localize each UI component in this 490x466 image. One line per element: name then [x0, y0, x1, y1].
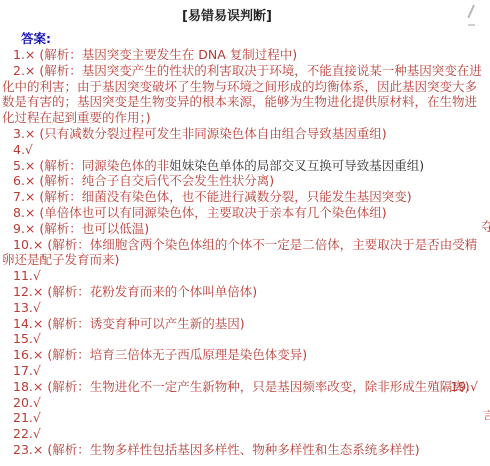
answer-item-21: 22.√ — [2, 426, 482, 442]
answer-item-7: 7.× (解析：细菌没有染色体，也不能进行减数分裂，只能发生基因突变) — [2, 189, 482, 205]
answer-segment: 4.√ — [13, 142, 33, 157]
answer-item-14: 14.× (解析：诱变育种可以产生新的基因) — [2, 316, 482, 332]
answer-item-17: 17.√ — [2, 363, 482, 379]
answer-segment: 5.× (解析：同源染色体的非 — [13, 158, 169, 173]
answer-segment: 8.× (单倍体也可以有同源染色体，主要取决于亲本有几个染色体组) — [13, 205, 387, 220]
document-page: [易错易误判断] 答案: 1.× (解析：基因突变主要发生在 DNA 复制过程中… — [0, 0, 490, 466]
page-edge-fragment-bottom: 言 — [483, 409, 490, 422]
answer-segment: 9.× (解析：也可以低温) — [13, 221, 149, 236]
answer-segment: 2.× (解析：基因突变产生的性状的利害取决于环境，不能直接说某一种基因突变在进… — [2, 63, 482, 125]
answer-segment: 姐妹染色单体的局部交叉互换可导致基因重组) — [169, 158, 424, 173]
answer-segment: 23.× (解析：生物多样性包括基因多样性、物种多样性和生态系统多样性) — [13, 442, 420, 457]
answer-segment: 15.√ — [13, 331, 41, 346]
answer-item-12: 12.× (解析：花粉发育而来的个体叫单倍体) — [2, 284, 482, 300]
answer-item-11: 11.√ — [2, 268, 482, 284]
stray-pencil-dash — [468, 24, 475, 26]
answer-segment: 17.√ — [13, 363, 41, 378]
answer-item-3: 3.× (只有减数分裂过程可发生非同源染色体自由组合导致基因重组) — [2, 126, 482, 142]
answer-segment: 21.√ — [13, 410, 41, 425]
answer-segment: 12.× (解析：花粉发育而来的个体叫单倍体) — [13, 284, 257, 299]
answer-segment: 6.× (解析：纯合子自交后代不会发生性状分离) — [13, 173, 274, 188]
answer-segment: 11.√ — [13, 268, 41, 283]
answer-segment: 16.× (解析：培育三倍体无子西瓜原理是染色体变异) — [13, 347, 307, 362]
answer-segment: 10.× (解析：体细胞含两个染色体组的个体不一定是二倍体，主要取决于是否由受精… — [2, 237, 477, 268]
answer-item-22: 23.× (解析：生物多样性包括基因多样性、物种多样性和生态系统多样性) — [2, 442, 482, 458]
answer-segment: 14.× (解析：诱变育种可以产生新的基因) — [13, 316, 245, 331]
answer-item-9: 9.× (解析：也可以低温) — [2, 221, 482, 237]
answer-segment: 1.× (解析：基因突变主要发生在 DNA 复制过程中) — [13, 47, 297, 62]
answer-segment: 20.√ — [13, 395, 41, 410]
answer-segment: 22.√ — [13, 426, 41, 441]
answer-item-15: 15.√ — [2, 331, 482, 347]
answer-item-18: 18.× (解析：生物进化不一定产生新物种，只是基因频率改变，除非形成生殖隔离)… — [2, 379, 482, 395]
answer-item-16: 16.× (解析：培育三倍体无子西瓜原理是染色体变异) — [2, 347, 482, 363]
answer-item-2: 2.× (解析：基因突变产生的性状的利害取决于环境，不能直接说某一种基因突变在进… — [2, 63, 482, 126]
answers-list: 1.× (解析：基因突变主要发生在 DNA 复制过程中)2.× (解析：基因突变… — [2, 47, 482, 458]
answer-segment: 18.× (解析：生物进化不一定产生新物种，只是基因频率改变，除非形成生殖隔离) — [13, 379, 470, 394]
answer-item-19: 20.√ — [2, 395, 482, 411]
answer-segment: 3.× (只有减数分裂过程可发生非同源染色体自由组合导致基因重组) — [13, 126, 387, 141]
page-title: [易错易误判断] — [2, 9, 452, 25]
answer-item-8: 8.× (单倍体也可以有同源染色体，主要取决于亲本有几个染色体组) — [2, 205, 482, 221]
answer-segment: 19.√ — [450, 379, 478, 395]
answer-segment: 13.√ — [13, 300, 41, 315]
page-edge-fragment-top: 夺 — [481, 220, 490, 233]
answer-item-13: 13.√ — [2, 300, 482, 316]
stray-pencil-mark — [467, 5, 477, 20]
answers-label: 答案: — [21, 31, 482, 47]
answer-item-1: 1.× (解析：基因突变主要发生在 DNA 复制过程中) — [2, 47, 482, 63]
answer-item-10: 10.× (解析：体细胞含两个染色体组的个体不一定是二倍体，主要取决于是否由受精… — [2, 237, 482, 269]
answer-segment: 7.× (解析：细菌没有染色体，也不能进行减数分裂，只能发生基因突变) — [13, 189, 412, 204]
answer-item-6: 6.× (解析：纯合子自交后代不会发生性状分离) — [2, 173, 482, 189]
answer-item-20: 21.√ — [2, 410, 482, 426]
answer-item-5: 5.× (解析：同源染色体的非姐妹染色单体的局部交叉互换可导致基因重组) — [2, 158, 482, 174]
answer-item-4: 4.√ — [2, 142, 482, 158]
